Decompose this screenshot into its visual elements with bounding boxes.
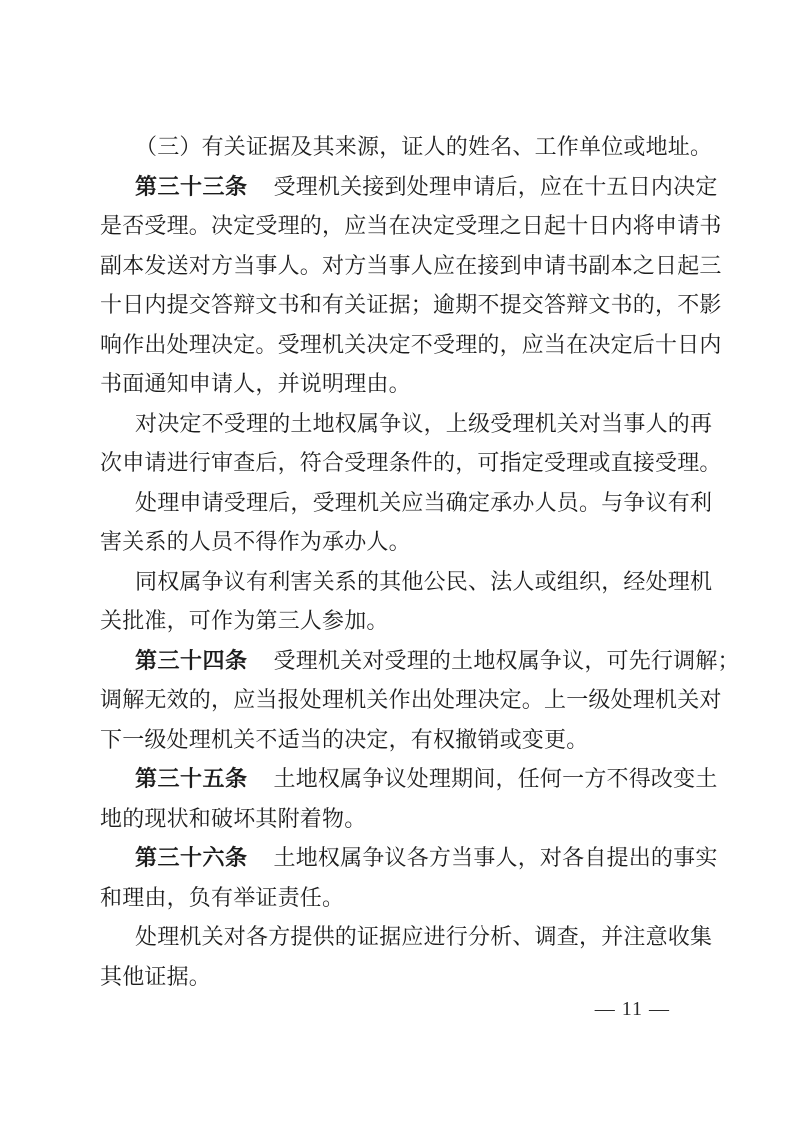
page-number: — 11 —: [100, 998, 762, 1021]
document-page: （三）有关证据及其来源，证人的姓名、工作单位或地址。 第三十三条受理机关接到处理…: [0, 0, 794, 1122]
paragraph-clause-item: （三）有关证据及其来源，证人的姓名、工作单位或地址。: [100, 127, 762, 167]
article-number: 第三十六条: [135, 845, 248, 870]
paragraph-text: （三）有关证据及其来源，证人的姓名、工作单位或地址。: [135, 134, 712, 159]
paragraph: 处理申请受理后，受理机关应当确定承办人员。与争议有利 害关系的人员不得作为承办人…: [100, 483, 762, 562]
paragraph-text: 处理申请受理后，受理机关应当确定承办人员。与争议有利 害关系的人员不得作为承办人…: [100, 490, 712, 555]
paragraph: 处理机关对各方提供的证据应进行分析、调查，并注意收集 其他证据。: [100, 917, 762, 996]
paragraph-article-36: 第三十六条土地权属争议各方当事人，对各自提出的事实 和理由，负有举证责任。: [100, 838, 762, 917]
paragraph-article-34: 第三十四条受理机关对受理的土地权属争议，可先行调解； 调解无效的，应当报处理机关…: [100, 641, 762, 760]
document-body: （三）有关证据及其来源，证人的姓名、工作单位或地址。 第三十三条受理机关接到处理…: [100, 127, 762, 996]
paragraph-text: 处理机关对各方提供的证据应进行分析、调查，并注意收集 其他证据。: [100, 924, 712, 989]
paragraph-article-33: 第三十三条受理机关接到处理申请后，应在十五日内决定 是否受理。决定受理的，应当在…: [100, 167, 762, 404]
paragraph-text: 同权属争议有利害关系的其他公民、法人或组织，经处理机 关批准，可作为第三人参加。: [100, 569, 712, 634]
paragraph-article-35: 第三十五条土地权属争议处理期间，任何一方不得改变土 地的现状和破坏其附着物。: [100, 759, 762, 838]
paragraph-text: 受理机关接到处理申请后，应在十五日内决定 是否受理。决定受理的，应当在决定受理之…: [100, 174, 722, 397]
article-number: 第三十五条: [135, 766, 248, 791]
article-number: 第三十三条: [135, 174, 248, 199]
paragraph-text: 对决定不受理的土地权属争议，上级受理机关对当事人的再 次申请进行审查后，符合受理…: [100, 411, 722, 476]
paragraph: 对决定不受理的土地权属争议，上级受理机关对当事人的再 次申请进行审查后，符合受理…: [100, 404, 762, 483]
paragraph: 同权属争议有利害关系的其他公民、法人或组织，经处理机 关批准，可作为第三人参加。: [100, 562, 762, 641]
article-number: 第三十四条: [135, 648, 248, 673]
